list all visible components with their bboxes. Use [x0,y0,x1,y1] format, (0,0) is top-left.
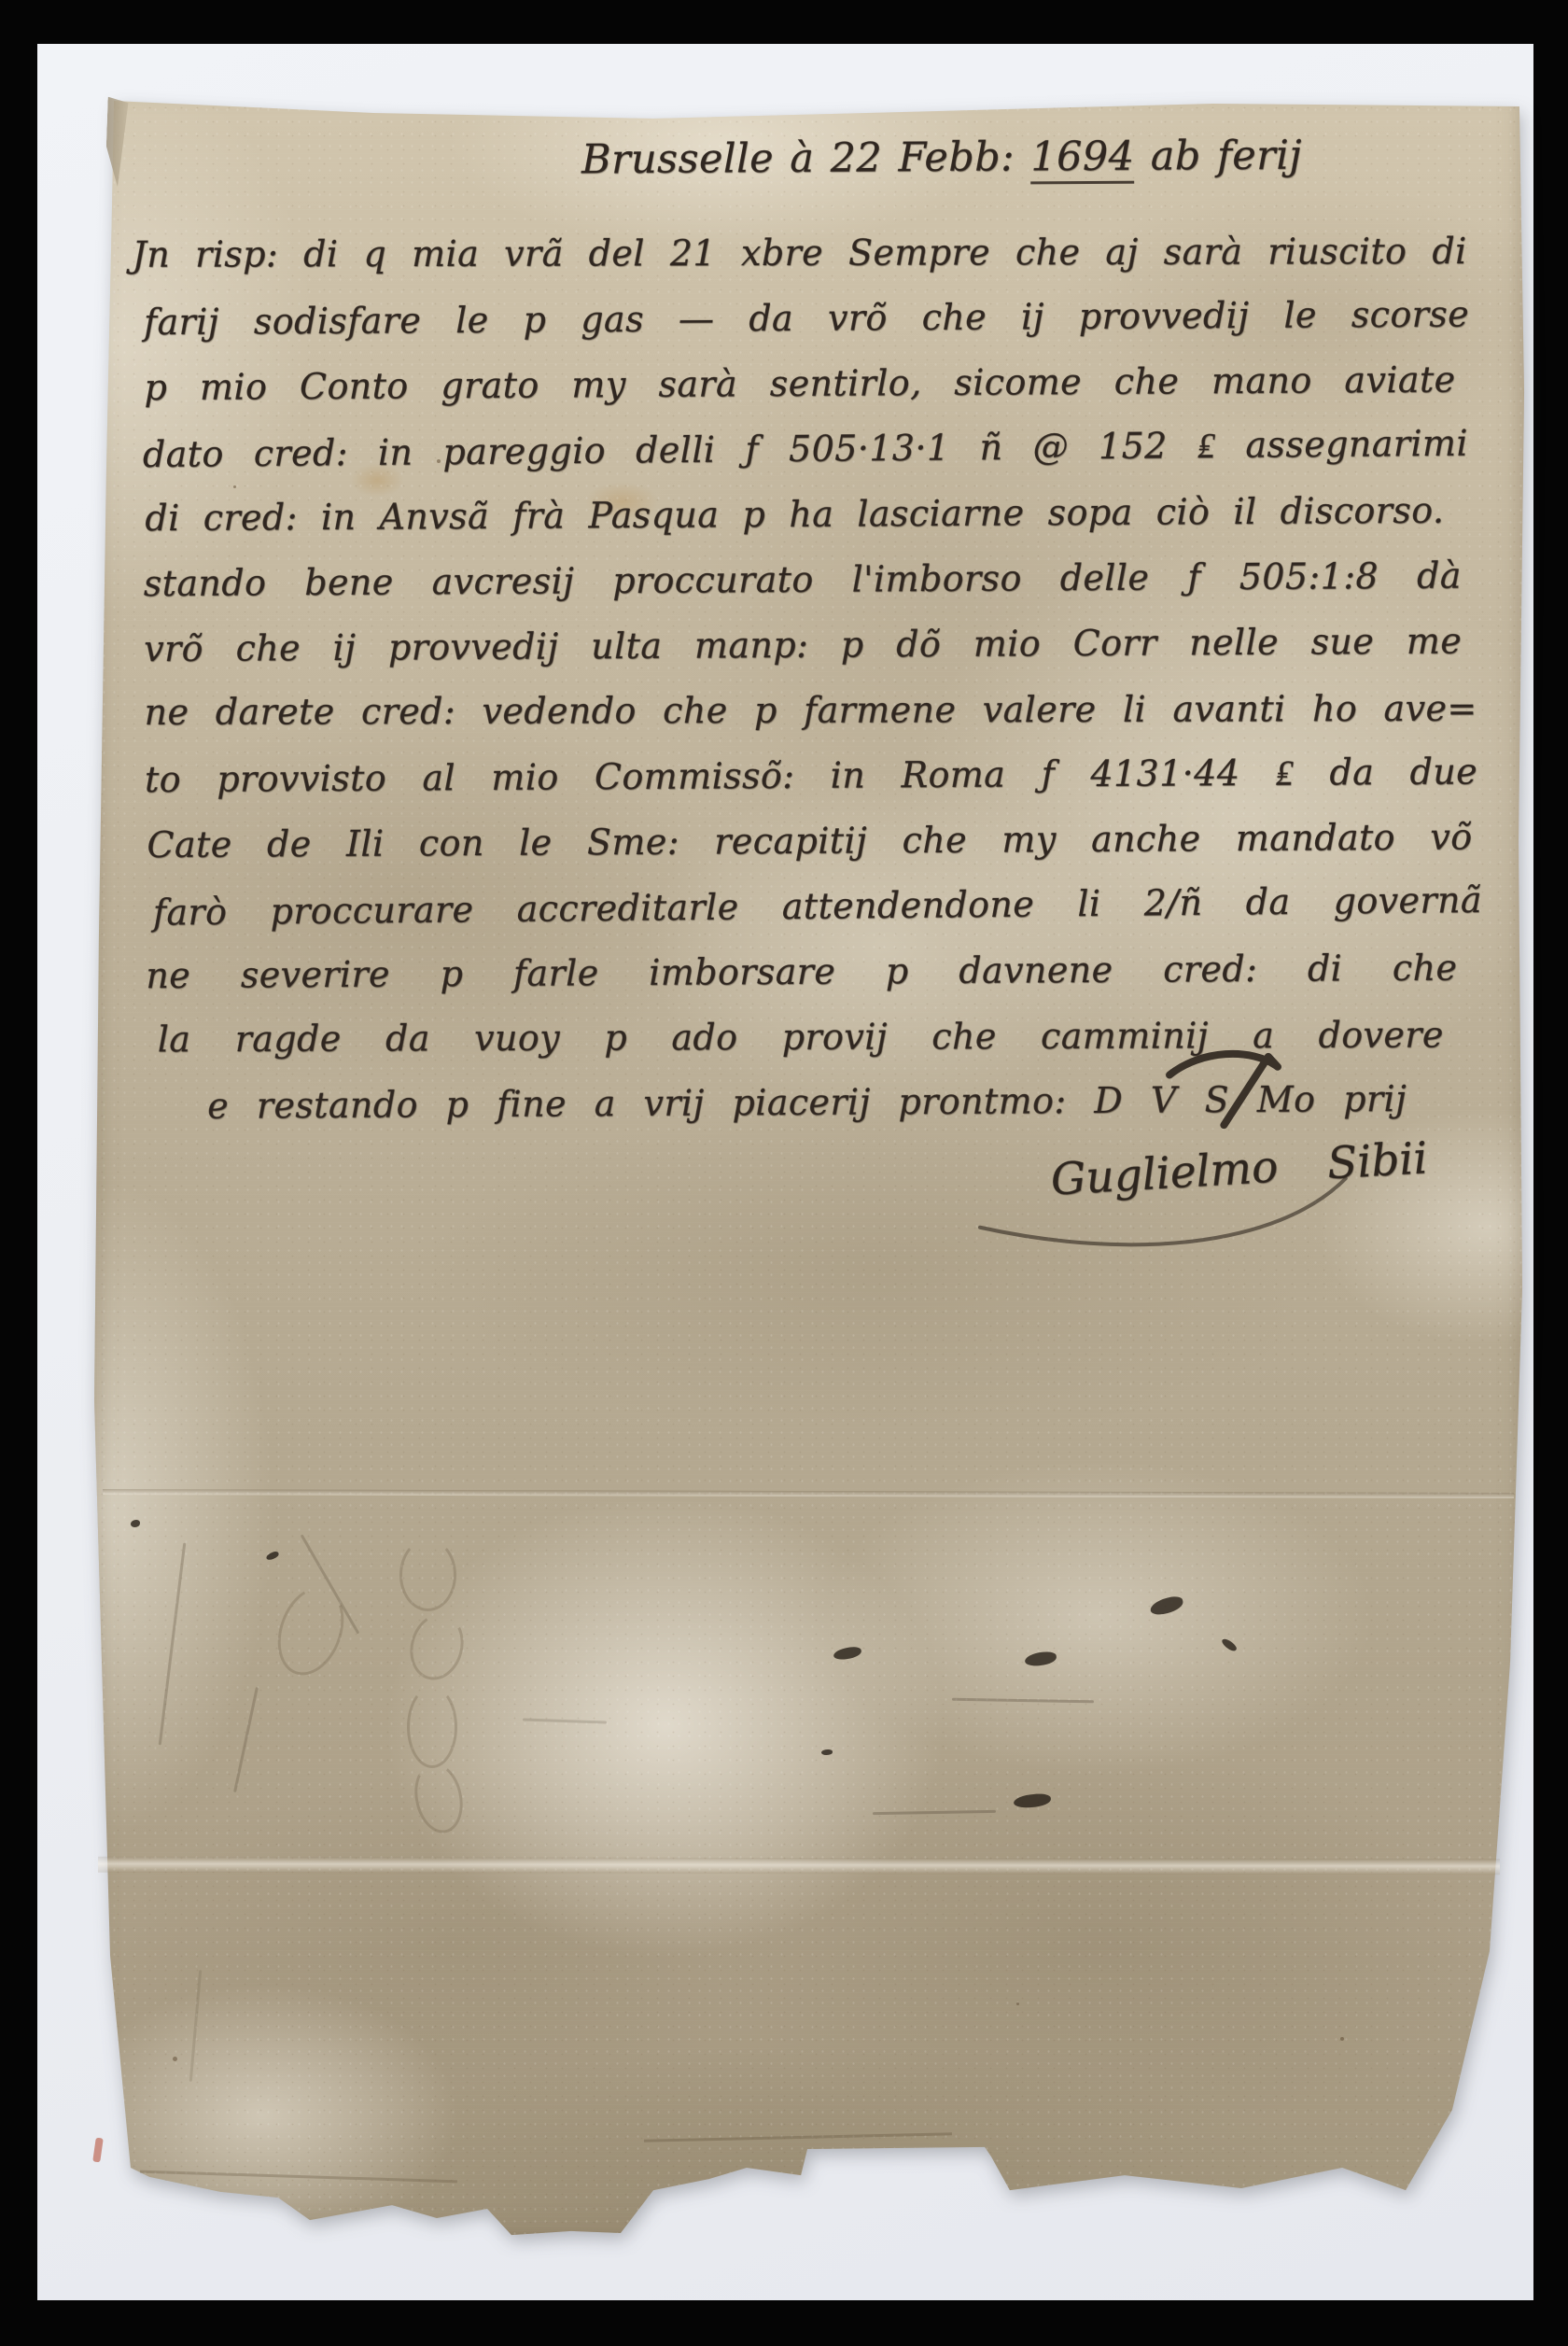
paper-speck [233,485,236,488]
dateline: Brusselle à 22 Febb: 1694 ab ferij [581,133,1302,184]
letter-line: farij sodisfare le p gas — da vrõ che ij… [144,295,1469,344]
letter-line: ne darete cred: vedendo che p farmene va… [145,689,1477,734]
letter-line: vrõ che ij provvedij ulta manp: p dõ mio… [144,622,1462,670]
showthrough-loop [399,1538,456,1611]
closing-paraph-flourish [1164,1045,1286,1134]
photographed-letter: Brusselle à 22 Febb: 1694 ab ferij Jn ri… [0,0,1568,2346]
handwritten-text-block: Brusselle à 22 Febb: 1694 ab ferij Jn ri… [0,0,1568,2346]
letter-line: farò proccurare accreditarle attendendon… [153,880,1482,934]
paper-speck [1340,2037,1344,2041]
dateline-place: Brusselle à 22 Febb: [581,133,1015,183]
paper-speck [173,2057,177,2061]
letter-line: p mio Conto grato my sarà sentirlo, sico… [144,360,1455,409]
dateline-year: 1694 [1030,133,1134,185]
letter-line: dato cred: in pareggio delli ƒ 505·13·1 … [143,424,1468,476]
dateline-suffix: ab ferij [1151,133,1303,180]
letter-line: Cate de Ili con le Sme: recapitij che my… [147,818,1472,866]
letter-line: stando bene avcresij proccurato l'imbors… [144,556,1462,605]
letter-line: di cred: in Anvsã frà Pasqua p ha lascia… [145,491,1444,540]
showthrough-loop [407,1686,457,1768]
paper-speck [1016,2002,1019,2005]
letter-line: ne severire p farle imborsare p davnene … [146,948,1457,997]
letter-line: to provvisto al mio Commissõ: in Roma ƒ … [145,752,1477,800]
signature-tail-flourish [969,1161,1362,1276]
paper-speck [437,459,441,463]
letter-line: Jn risp: di q mia vrã del 21 xbre Sempre… [133,232,1467,275]
